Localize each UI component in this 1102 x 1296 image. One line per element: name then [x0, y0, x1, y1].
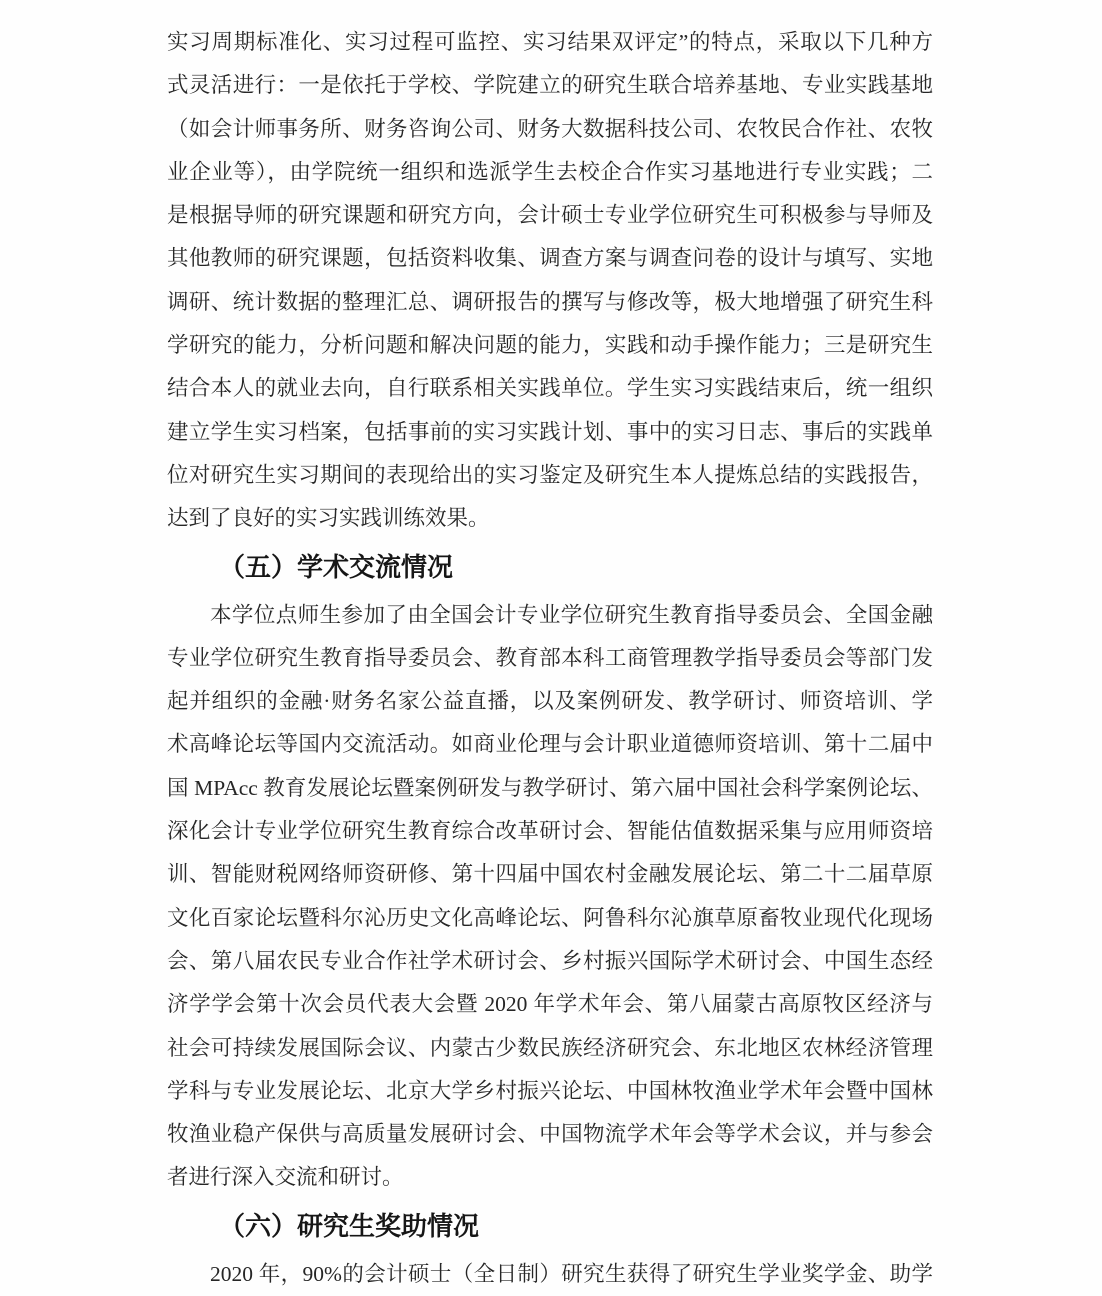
text-line: 达到了良好的实习实践训练效果。	[167, 497, 933, 540]
text-line: 是根据导师的研究课题和研究方向，会计硕士专业学位研究生可积极参与导师及	[167, 194, 933, 237]
text-line: 文化百家论坛暨科尔沁历史文化高峰论坛、阿鲁科尔沁旗草原畜牧业现代化现场	[167, 897, 933, 940]
text-line: 其他教师的研究课题，包括资料收集、调查方案与调查问卷的设计与填写、实地	[167, 237, 933, 280]
section-heading-graduate-funding: （六）研究生奖助情况	[167, 1203, 933, 1250]
text-line: 学科与专业发展论坛、北京大学乡村振兴论坛、中国林牧渔业学术年会暨中国林	[167, 1070, 933, 1113]
paragraph-graduate-funding: 2020 年，90%的会计硕士（全日制）研究生获得了研究生学业奖学金、助学	[167, 1253, 933, 1296]
section-heading-academic-exchange: （五）学术交流情况	[167, 544, 933, 591]
paragraph-internship: 实习周期标准化、实习过程可监控、实习结果双评定”的特点，采取以下几种方 式灵活进…	[167, 21, 933, 541]
text-line: 济学学会第十次会员代表大会暨 2020 年学术年会、第八届蒙古高原牧区经济与	[167, 983, 933, 1026]
paragraph-academic-exchange: 本学位点师生参加了由全国会计专业学位研究生教育指导委员会、全国金融 专业学位研究…	[167, 594, 933, 1200]
text-line: 式灵活进行：一是依托于学校、学院建立的研究生联合培养基地、专业实践基地	[167, 64, 933, 107]
text-line: 深化会计专业学位研究生教育综合改革研讨会、智能估值数据采集与应用师资培	[167, 810, 933, 853]
text-line: 建立学生实习档案，包括事前的实习实践计划、事中的实习日志、事后的实践单	[167, 411, 933, 454]
text-line: 起并组织的金融·财务名家公益直播，以及案例研发、教学研讨、师资培训、学	[167, 680, 933, 723]
text-line: 者进行深入交流和研讨。	[167, 1156, 933, 1199]
text-line: 调研、统计数据的整理汇总、调研报告的撰写与修改等，极大地增强了研究生科	[167, 281, 933, 324]
text-line: 训、智能财税网络师资研修、第十四届中国农村金融发展论坛、第二十二届草原	[167, 853, 933, 896]
document-page: 实习周期标准化、实习过程可监控、实习结果双评定”的特点，采取以下几种方 式灵活进…	[0, 0, 1102, 1296]
text-line: 学研究的能力，分析问题和解决问题的能力，实践和动手操作能力；三是研究生	[167, 324, 933, 367]
text-line: 实习周期标准化、实习过程可监控、实习结果双评定”的特点，采取以下几种方	[167, 21, 933, 64]
text-line: 位对研究生实习期间的表现给出的实习鉴定及研究生本人提炼总结的实践报告，	[167, 454, 933, 497]
text-line: 结合本人的就业去向，自行联系相关实践单位。学生实习实践结束后，统一组织	[167, 367, 933, 410]
text-line: 术高峰论坛等国内交流活动。如商业伦理与会计职业道德师资培训、第十二届中	[167, 723, 933, 766]
text-line: 业企业等），由学院统一组织和选派学生去校企合作实习基地进行专业实践；二	[167, 151, 933, 194]
text-line: 社会可持续发展国际会议、内蒙古少数民族经济研究会、东北地区农林经济管理	[167, 1027, 933, 1070]
text-line: 2020 年，90%的会计硕士（全日制）研究生获得了研究生学业奖学金、助学	[167, 1253, 933, 1296]
text-line: 会、第八届农民专业合作社学术研讨会、乡村振兴国际学术研讨会、中国生态经	[167, 940, 933, 983]
text-line: 专业学位研究生教育指导委员会、教育部本科工商管理教学指导委员会等部门发	[167, 637, 933, 680]
text-line: 国 MPAcc 教育发展论坛暨案例研发与教学研讨、第六届中国社会科学案例论坛、	[167, 767, 933, 810]
text-line: （如会计师事务所、财务咨询公司、财务大数据科技公司、农牧民合作社、农牧	[167, 108, 933, 151]
text-line: 牧渔业稳产保供与高质量发展研讨会、中国物流学术年会等学术会议，并与参会	[167, 1113, 933, 1156]
text-line: 本学位点师生参加了由全国会计专业学位研究生教育指导委员会、全国金融	[167, 594, 933, 637]
